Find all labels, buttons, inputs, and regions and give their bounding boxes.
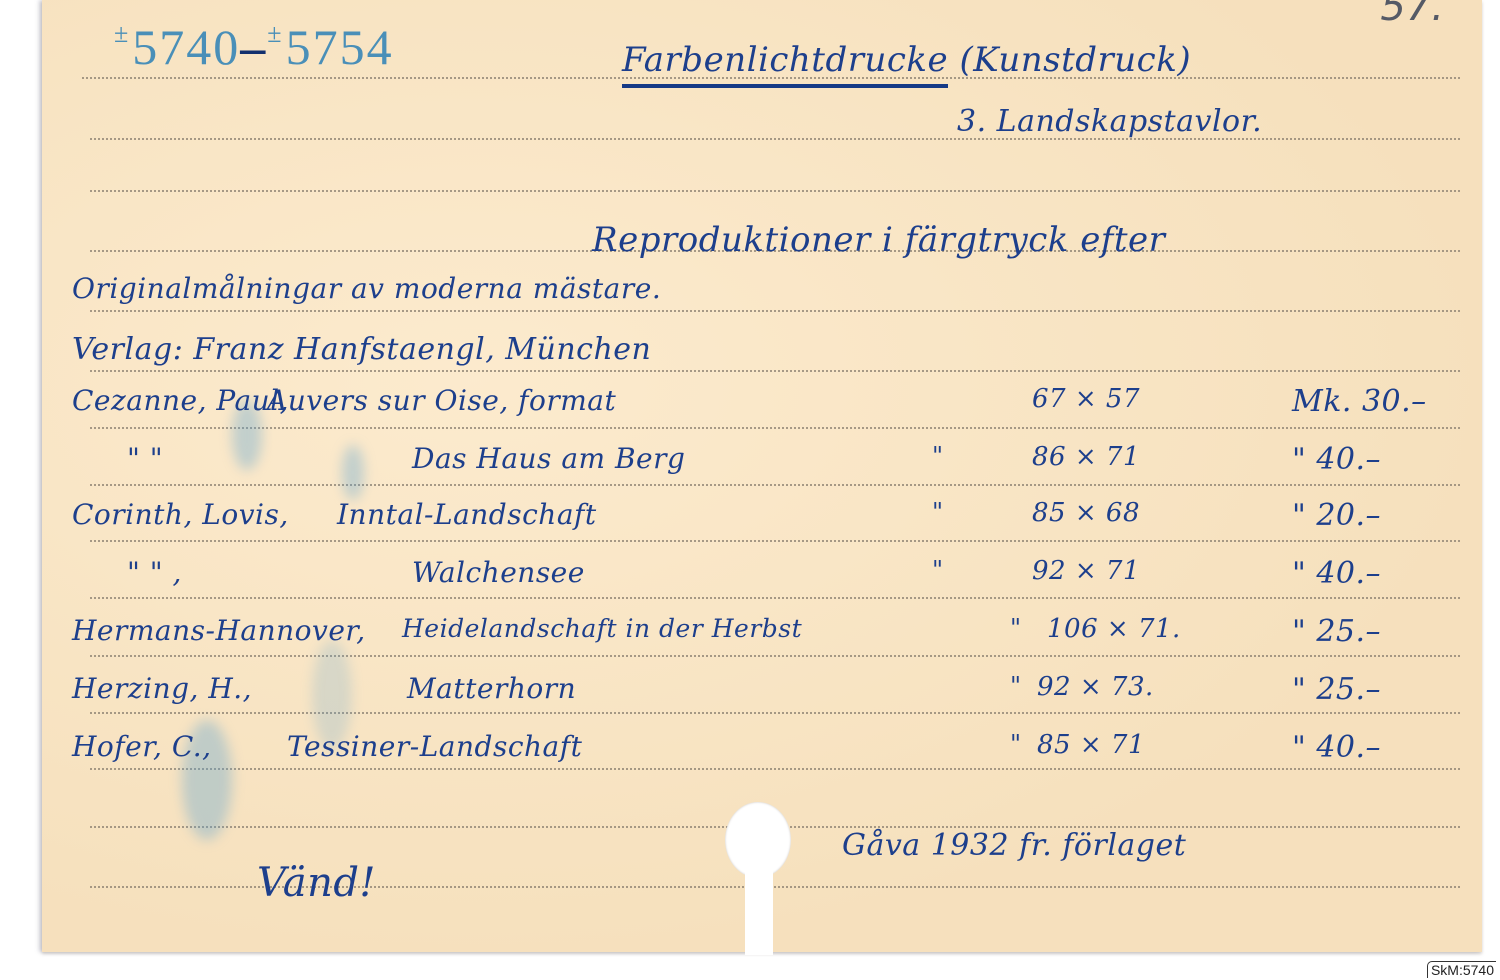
entry-row: Herzing, H., Matterhorn " 92 × 73. " 25.…: [72, 672, 1482, 722]
catalog-card: ±5740–±5754 57. Farbenlichtdrucke (Kunst…: [42, 0, 1482, 952]
entry-row: Cezanne, Paul, Auvers sur Oise, format 6…: [72, 384, 1482, 434]
entry-artist: Cezanne, Paul,: [72, 384, 289, 417]
entry-work: Inntal-Landschaft: [337, 498, 597, 531]
ruled-line: [90, 310, 1460, 312]
provenance-note: Gåva 1932 fr. förlaget: [842, 828, 1186, 863]
entry-row: " " , Walchensee " 92 × 71 " 40.–: [72, 556, 1482, 606]
ruled-line: [90, 370, 1460, 372]
publisher-line: Verlag: Franz Hanfstaengl, München: [72, 332, 651, 367]
entry-size: 106 × 71.: [1047, 614, 1181, 644]
entry-work: Auvers sur Oise, format: [267, 384, 616, 417]
turn-over-note: Vänd!: [257, 860, 376, 906]
entry-ditto: ": [1010, 672, 1022, 700]
entry-artist: Corinth, Lovis,: [72, 498, 289, 531]
entry-size: 92 × 71: [1032, 556, 1140, 586]
entry-ditto: ": [932, 556, 944, 584]
entry-size: 85 × 71: [1037, 730, 1145, 760]
title-parenthetical: (Kunstdruck): [959, 40, 1191, 80]
entry-artist: Hofer, C.,: [72, 730, 212, 763]
pencil-page-number: 57.: [1380, 0, 1444, 30]
title-underlined: Farbenlichtdrucke: [622, 40, 948, 88]
card-title: Farbenlichtdrucke (Kunstdruck): [622, 40, 1191, 80]
entry-artist: Hermans-Hannover,: [72, 614, 366, 647]
entry-work: Das Haus am Berg: [412, 442, 685, 475]
entry-artist: " ": [127, 442, 163, 475]
catalog-id-label: SkM:5740: [1427, 961, 1496, 978]
entry-price: " 40.–: [1292, 730, 1381, 765]
entry-artist: Herzing, H.,: [72, 672, 252, 705]
entry-price: " 20.–: [1292, 498, 1381, 533]
entry-price: " 25.–: [1292, 614, 1381, 649]
description-line-2: Originalmålningar av moderna mästare.: [72, 272, 661, 305]
description-line-1: Reproduktioner i färgtryck efter: [592, 220, 1165, 260]
entry-row: Corinth, Lovis, Inntal-Landschaft " 85 ×…: [72, 498, 1482, 548]
entry-size: 85 × 68: [1032, 498, 1140, 528]
entry-ditto: ": [1010, 730, 1022, 758]
entry-price: " 40.–: [1292, 442, 1381, 477]
entry-row: " " Das Haus am Berg " 86 × 71 " 40.–: [72, 442, 1482, 492]
entry-ditto: ": [932, 498, 944, 526]
entry-artist: " " ,: [127, 556, 182, 589]
entry-size: 67 × 57: [1032, 384, 1140, 414]
accession-number-stamp: ±5740–±5754: [114, 18, 394, 76]
plus-minus-mark: ±: [267, 19, 283, 48]
entry-work: Tessiner-Landschaft: [287, 730, 582, 763]
entry-row: Hofer, C., Tessiner-Landschaft " 85 × 71…: [72, 730, 1482, 780]
plus-minus-mark: ±: [114, 19, 130, 48]
entry-price: " 25.–: [1292, 672, 1381, 707]
entry-price: Mk. 30.–: [1292, 384, 1427, 419]
stamp-to: 5754: [286, 19, 394, 75]
entry-size: 86 × 71: [1032, 442, 1140, 472]
entry-row: Hermans-Hannover, Heidelandschaft in der…: [72, 614, 1482, 664]
card-subtitle: 3. Landskapstavlor.: [957, 104, 1262, 139]
stamp-dash: –: [240, 19, 267, 75]
entry-work: Walchensee: [412, 556, 585, 589]
ruled-line: [90, 190, 1460, 192]
entry-work: Heidelandschaft in der Herbst: [402, 614, 802, 643]
entry-ditto: ": [1010, 614, 1022, 642]
filing-rod-slot: [745, 860, 773, 955]
entry-work: Matterhorn: [407, 672, 576, 705]
stamp-from: 5740: [132, 19, 240, 75]
entry-ditto: ": [932, 442, 944, 470]
entry-size: 92 × 73.: [1037, 672, 1154, 702]
entry-price: " 40.–: [1292, 556, 1381, 591]
